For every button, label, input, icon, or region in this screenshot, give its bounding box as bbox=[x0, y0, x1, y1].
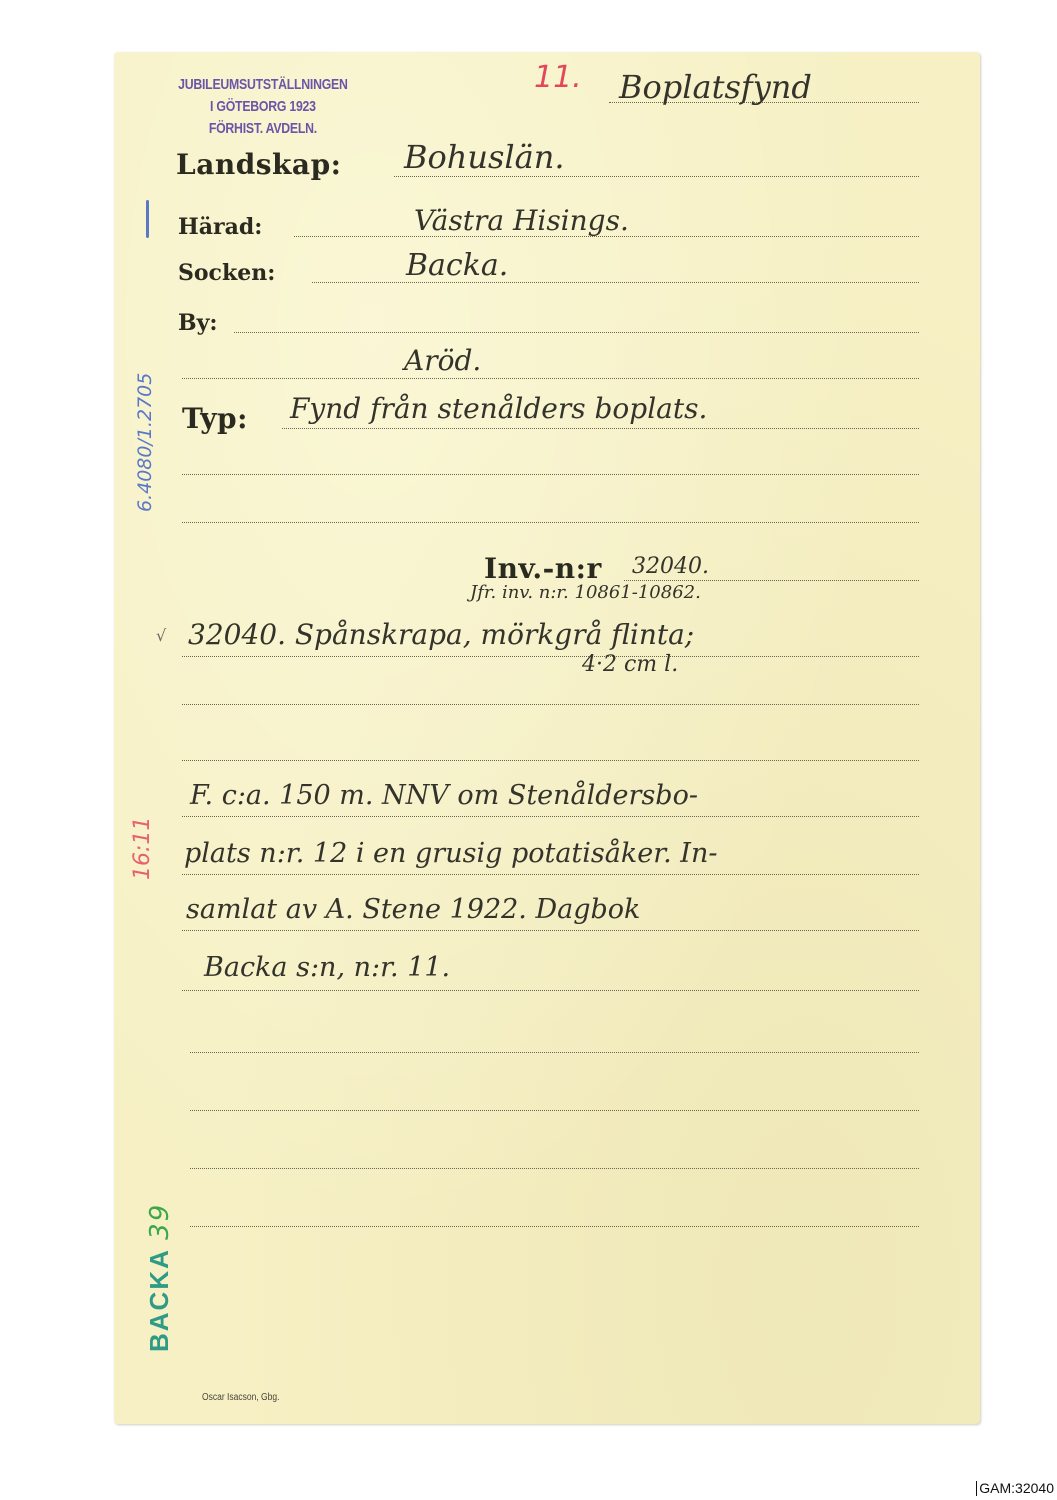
red-pencil-note: 16:11 bbox=[130, 817, 155, 880]
blue-pencil-stroke bbox=[146, 200, 149, 238]
blank-line bbox=[182, 704, 919, 705]
blank-line bbox=[182, 522, 919, 523]
landskap-label: Landskap: bbox=[176, 148, 342, 181]
item-description: 32040. Spånskrapa, mörkgrå flinta; bbox=[188, 618, 694, 651]
typ-value: Fynd från stenålders boplats. bbox=[290, 392, 707, 425]
place-value: Aröd. bbox=[404, 344, 481, 377]
category-value: Boplatsfynd bbox=[619, 68, 812, 106]
socken-label: Socken: bbox=[178, 260, 275, 286]
backa-text: BACKA bbox=[144, 1249, 174, 1352]
place-line bbox=[182, 378, 919, 379]
catalog-id: GAM:32040 bbox=[976, 1481, 1054, 1496]
note-line-2 bbox=[182, 874, 919, 875]
inventory-reference: Jfr. inv. n:r. 10861-10862. bbox=[470, 582, 701, 603]
note-line-4 bbox=[182, 990, 919, 991]
stamp-line-1: JUBILEUMSUTSTÄLLNINGEN bbox=[144, 74, 382, 96]
blue-pencil-note: 6.4080/1.2705 bbox=[134, 373, 156, 512]
blank-line bbox=[190, 1226, 919, 1227]
socken-value: Backa. bbox=[406, 248, 508, 283]
note-line-1 bbox=[182, 816, 919, 817]
harad-value: Västra Hisings. bbox=[414, 204, 629, 237]
item-size: 4·2 cm l. bbox=[582, 652, 678, 677]
printer-credit: Oscar Isacson, Gbg. bbox=[202, 1392, 279, 1403]
catalog-card: JUBILEUMSUTSTÄLLNINGEN I GÖTEBORG 1923 F… bbox=[114, 52, 980, 1424]
note-text-1: F. c:a. 150 m. NNV om Stenåldersbo- bbox=[190, 780, 698, 811]
note-text-3: samlat av A. Stene 1922. Dagbok bbox=[186, 894, 640, 925]
typ-label: Typ: bbox=[182, 402, 248, 435]
by-label: By: bbox=[178, 310, 218, 336]
socken-line bbox=[312, 282, 919, 283]
note-text-4: Backa s:n, n:r. 11. bbox=[204, 952, 450, 983]
blank-line bbox=[182, 474, 919, 475]
harad-label: Härad: bbox=[178, 214, 262, 240]
stamp-line-2: I GÖTEBORG 1923 bbox=[144, 96, 382, 118]
red-number-mark: 11. bbox=[534, 60, 582, 95]
inventory-label: Inv.-n:r bbox=[484, 552, 602, 585]
backa-label: BACKA 39 bbox=[144, 1203, 175, 1352]
blank-line bbox=[190, 1168, 919, 1169]
landskap-line bbox=[394, 176, 919, 177]
check-mark: √ bbox=[156, 626, 166, 645]
item-line bbox=[182, 656, 919, 657]
note-text-2: plats n:r. 12 i en grusig potatisåker. I… bbox=[184, 838, 718, 869]
note-line-3 bbox=[182, 930, 919, 931]
landskap-value: Bohuslän. bbox=[404, 138, 565, 176]
typ-line bbox=[282, 428, 919, 429]
inventory-number: 32040. bbox=[632, 554, 709, 579]
inventory-line bbox=[624, 580, 919, 581]
blank-line bbox=[182, 760, 919, 761]
backa-number: 39 bbox=[145, 1203, 175, 1240]
museum-stamp: JUBILEUMSUTSTÄLLNINGEN I GÖTEBORG 1923 F… bbox=[144, 74, 382, 140]
blank-line bbox=[190, 1052, 919, 1053]
blank-line bbox=[190, 1110, 919, 1111]
stamp-line-3: FÖRHIST. AVDELN. bbox=[144, 118, 382, 140]
by-line bbox=[234, 332, 919, 333]
